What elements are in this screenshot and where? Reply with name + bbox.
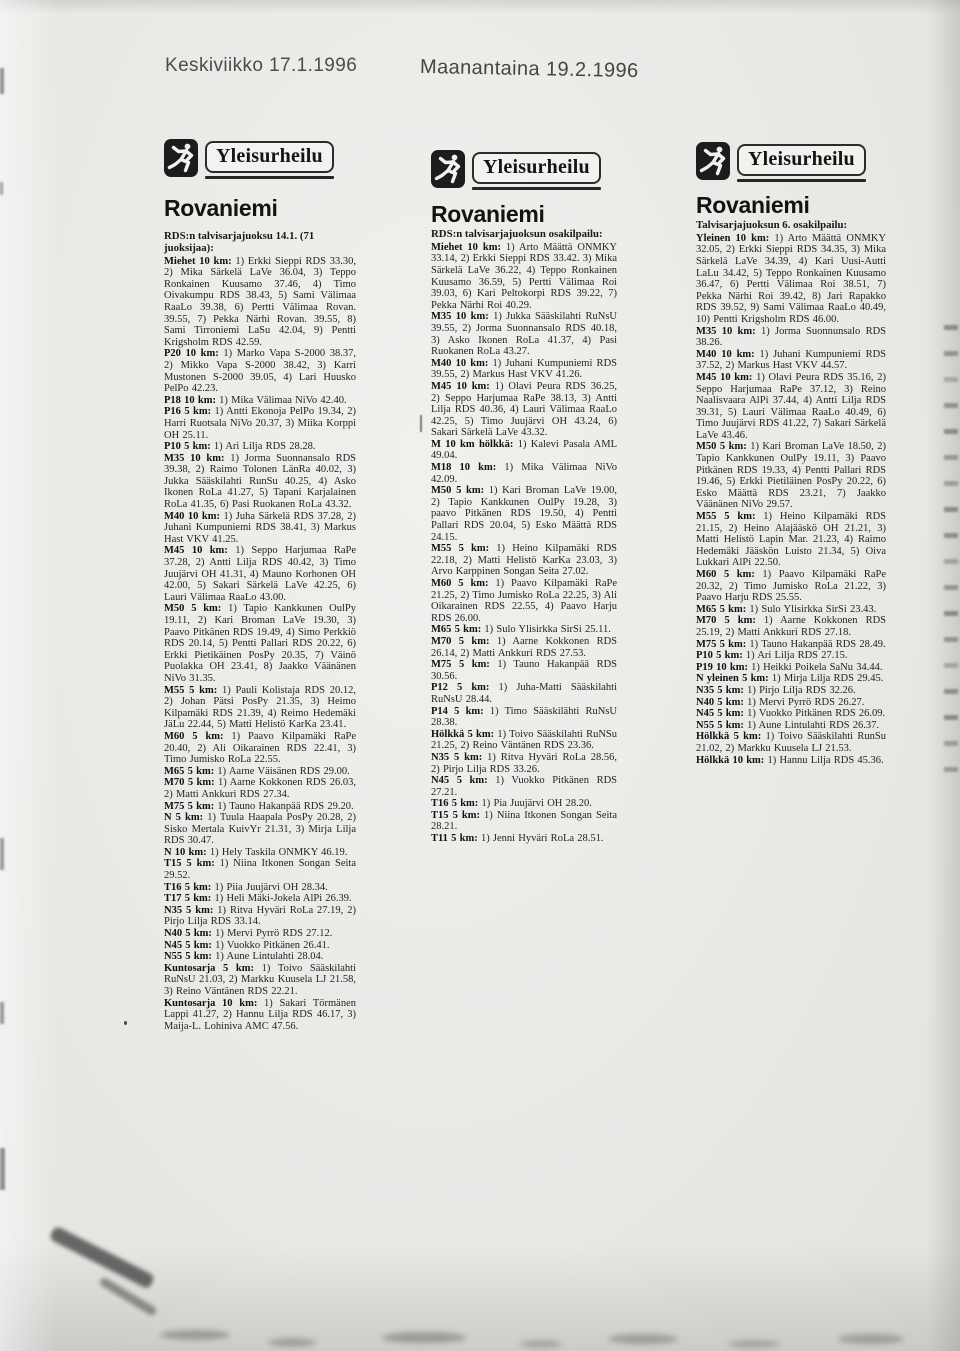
result-entry: Yleinen 10 km: 1) Arto Määttä ONMKY 32.0…	[696, 233, 886, 326]
result-entry: N45 5 km: 1) Vuokko Pitkänen 26.41.	[164, 940, 356, 952]
result-entry: N55 5 km: 1) Aune Lintulahti 28.04.	[164, 951, 356, 963]
result-category-label: T16 5 km:	[431, 798, 478, 809]
result-category-label: M50 5 km:	[696, 441, 747, 452]
result-entry: N 10 km: 1) Hely Taskila ONMKY 46.19.	[164, 847, 356, 859]
result-category-label: M35 10 km:	[164, 453, 225, 464]
result-category-label: P14 5 km:	[431, 706, 484, 717]
column-subtitle: RDS:n talvisarjajuoksu 14.1. (71 juoksij…	[164, 231, 356, 255]
result-category-label: N40 5 km:	[696, 697, 744, 708]
scan-artifact	[944, 637, 958, 642]
result-entry: Hölkkä 10 km: 1) Hannu Lilja RDS 45.36.	[696, 755, 886, 767]
result-entry: N55 5 km: 1) Aune Lintulahti RDS 26.37.	[696, 720, 886, 732]
scanned-newspaper-page: Keskiviikko 17.1.1996 Maanantaina 19.2.1…	[0, 0, 960, 1351]
result-category-label: M50 5 km:	[431, 485, 484, 496]
scan-artifact	[944, 611, 958, 616]
result-category-label: T15 5 km:	[431, 810, 480, 821]
result-category-label: P10 5 km:	[696, 650, 743, 661]
scan-artifact	[268, 1338, 316, 1347]
result-entry: T15 5 km: 1) Niina Itkonen Songan Seita …	[164, 858, 356, 881]
result-category-label: M45 10 km:	[431, 381, 490, 392]
result-entry: Miehet 10 km: 1) Arto Määttä ONMKY 33.14…	[431, 242, 617, 312]
result-entry: M45 10 km: 1) Olavi Peura RDS 35.16, 2) …	[696, 372, 886, 442]
result-entry: N45 5 km: 1) Vuokko Pitkänen RDS 27.21.	[431, 775, 617, 798]
result-entry: Hölkkä 5 km: 1) Toivo Sääskilahti RunSu …	[696, 731, 886, 754]
result-category-label: Miehet 10 km:	[431, 242, 501, 253]
result-category-label: N35 5 km:	[696, 685, 744, 696]
result-category-label: N 10 km:	[164, 847, 207, 858]
column-subtitle: RDS:n talvisarjajuoksun osakilpailu:	[431, 229, 617, 241]
result-category-label: M60 5 km:	[164, 731, 224, 742]
scan-artifact	[944, 533, 958, 538]
scan-artifact	[944, 481, 958, 486]
masthead-box: Yleisurheilu	[737, 144, 866, 182]
column-title: Rovaniemi	[164, 197, 356, 220]
section-label: Yleisurheilu	[472, 152, 601, 184]
result-entry: T16 5 km: 1) Piia Juujärvi OH 28.34.	[164, 882, 356, 894]
scan-artifact	[944, 429, 958, 434]
result-entry: N40 5 km: 1) Mervi Pyrrö RDS 26.27.	[696, 697, 886, 709]
result-entry: Miehet 10 km: 1) Erkki Sieppi RDS 33.30,…	[164, 256, 356, 349]
result-category-label: T15 5 km:	[164, 858, 215, 869]
result-category-label: N35 5 km:	[164, 905, 213, 916]
runner-icon	[696, 142, 730, 180]
result-entry: P12 5 km: 1) Juha-Matti Sääskilahti RuNs…	[431, 682, 617, 705]
result-category-label: M45 10 km:	[696, 372, 752, 383]
result-category-label: Kuntosarja 10 km:	[164, 998, 257, 1009]
result-category-label: T17 5 km:	[164, 893, 211, 904]
result-category-label: M60 5 km:	[431, 578, 489, 589]
results-list: Yleinen 10 km: 1) Arto Määttä ONMKY 32.0…	[696, 233, 886, 766]
result-entry: M40 10 km: 1) Juhani Kumpuniemi RDS 39.5…	[431, 358, 617, 381]
result-category-label: N45 5 km:	[696, 708, 744, 719]
runner-icon	[164, 139, 198, 177]
result-category-label: M55 5 km:	[696, 511, 755, 522]
results-column-2: Yleisurheilu Rovaniemi RDS:n talvisarjaj…	[431, 150, 617, 845]
result-category-label: M40 10 km:	[696, 349, 755, 360]
yleisurheilu-masthead: Yleisurheilu	[696, 142, 886, 186]
result-entry: M65 5 km: 1) Sulo Ylisirkka SirSi 25.11.	[431, 624, 617, 636]
result-entry: M60 5 km: 1) Paavo Kilpamäki RaPe 20.32,…	[696, 569, 886, 604]
result-category-label: Yleinen 10 km:	[696, 233, 769, 244]
result-entry: N35 5 km: 1) Ritva Hyväri RoLa 28.56, 2)…	[431, 752, 617, 775]
result-category-label: M75 5 km:	[431, 659, 490, 670]
result-entry: M35 10 km: 1) Jorma Suonnansalo RDS 39.3…	[164, 453, 356, 511]
result-entry: M60 5 km: 1) Paavo Kilpamäki RaPe 20.40,…	[164, 731, 356, 766]
scan-artifact	[382, 1332, 466, 1343]
scan-artifact	[838, 1334, 904, 1344]
result-entry: M75 5 km: 1) Tauno Hakanpää RDS 30.56.	[431, 659, 617, 682]
result-category-label: M35 10 km:	[696, 326, 756, 337]
date-header-right: Maanantaina 19.2.1996	[420, 56, 639, 83]
result-entry: M50 5 km: 1) Tapio Kankkunen OulPy 19.11…	[164, 603, 356, 684]
result-entry: M40 10 km: 1) Juha Särkelä RDS 37.28, 2)…	[164, 511, 356, 546]
results-column-3: Yleisurheilu Rovaniemi Talvisarjajuoksun…	[696, 142, 886, 766]
result-entry: M55 5 km: 1) Heino Kilpamäki RDS 21.15, …	[696, 511, 886, 569]
scan-artifact	[0, 1148, 5, 1190]
result-entry: N45 5 km: 1) Vuokko Pitkänen RDS 26.09.	[696, 708, 886, 720]
result-category-label: M18 10 km:	[431, 462, 496, 473]
scan-artifact	[944, 377, 958, 382]
result-entry: N35 5 km: 1) Pirjo Lilja RDS 32.26.	[696, 685, 886, 697]
result-entry: P10 5 km: 1) Ari Lilja RDS 27.15.	[696, 650, 886, 662]
result-category-label: M50 5 km:	[164, 603, 221, 614]
result-entry: M70 5 km: 1) Aarne Kokkonen RDS 26.03, 2…	[164, 777, 356, 800]
column-subtitle: Talvisarjajuoksun 6. osakilpailu:	[696, 220, 886, 232]
date-header-left: Keskiviikko 17.1.1996	[165, 55, 357, 77]
result-entry: M18 10 km: 1) Mika Välimaa NiVo 42.09.	[431, 462, 617, 485]
result-entry: M50 5 km: 1) Kari Broman LaVe 18.50, 2) …	[696, 441, 886, 511]
results-list: Miehet 10 km: 1) Arto Määttä ONMKY 33.14…	[431, 242, 617, 845]
scan-artifact	[0, 182, 3, 195]
result-entry: T11 5 km: 1) Jenni Hyväri RoLa 28.51.	[431, 833, 617, 845]
result-entry: M45 10 km: 1) Seppo Harjumaa RaPe 37.28,…	[164, 545, 356, 603]
result-category-label: N55 5 km:	[164, 951, 212, 962]
result-category-label: M75 5 km:	[696, 639, 746, 650]
result-entry: M55 5 km: 1) Pauli Kolistaja RDS 20.12, …	[164, 685, 356, 731]
result-entry: N40 5 km: 1) Mervi Pyrrö RDS 27.12.	[164, 928, 356, 940]
yleisurheilu-masthead: Yleisurheilu	[431, 150, 617, 194]
result-entry: P20 10 km: 1) Marko Vapa S-2000 38.37, 2…	[164, 348, 356, 394]
result-entry: T16 5 km: 1) Pia Juujärvi OH 28.20.	[431, 798, 617, 810]
result-category-label: M55 5 km:	[431, 543, 489, 554]
results-list: Miehet 10 km: 1) Erkki Sieppi RDS 33.30,…	[164, 256, 356, 1033]
result-category-label: M35 10 km:	[431, 311, 489, 322]
scan-artifact	[0, 68, 4, 94]
yleisurheilu-masthead: Yleisurheilu	[164, 139, 356, 183]
scan-artifact	[160, 1330, 230, 1340]
section-label: Yleisurheilu	[205, 141, 334, 173]
result-category-label: N 5 km:	[164, 812, 203, 823]
result-category-label: M70 5 km:	[431, 636, 490, 647]
result-entry: Kuntosarja 5 km: 1) Toivo Sääskilahti Ru…	[164, 963, 356, 998]
scan-artifact	[944, 585, 958, 590]
result-entry: M45 10 km: 1) Olavi Peura RDS 36.25, 2) …	[431, 381, 617, 439]
result-category-label: Kuntosarja 5 km:	[164, 963, 254, 974]
result-category-label: P19 10 km:	[696, 662, 748, 673]
scan-artifact	[944, 455, 958, 460]
result-category-label: M70 5 km:	[696, 615, 756, 626]
scan-artifact	[944, 507, 958, 512]
scan-artifact	[944, 325, 958, 330]
result-entry: M60 5 km: 1) Paavo Kilpamäki RaPe 21.25,…	[431, 578, 617, 624]
result-entry: M70 5 km: 1) Aarne Kokkonen RDS 26.14, 2…	[431, 636, 617, 659]
result-category-label: N45 5 km:	[431, 775, 488, 786]
scan-artifact	[0, 1002, 4, 1024]
result-category-label: P18 10 km:	[164, 395, 216, 406]
result-category-label: N35 5 km:	[431, 752, 482, 763]
result-entry: T17 5 km: 1) Heli Mäki-Jokela AlPi 26.39…	[164, 893, 356, 905]
result-category-label: T16 5 km:	[164, 882, 211, 893]
result-category-label: Hölkkä 5 km:	[431, 729, 494, 740]
scan-artifact	[944, 715, 958, 720]
result-category-label: P10 5 km:	[164, 441, 211, 452]
result-entry: M 10 km hölkkä: 1) Kalevi Pasala AML 49.…	[431, 439, 617, 462]
scan-artifact	[944, 403, 958, 408]
masthead-box: Yleisurheilu	[205, 141, 334, 179]
scan-artifact	[944, 351, 958, 356]
result-category-label: P12 5 km:	[431, 682, 489, 693]
result-category-label: M75 5 km:	[164, 801, 214, 812]
result-entry: P18 10 km: 1) Mika Välimaa NiVo 42.40.	[164, 395, 356, 407]
scan-artifact	[0, 838, 4, 870]
result-entry: N yleinen 5 km: 1) Mirja Lilja RDS 29.45…	[696, 673, 886, 685]
scan-artifact	[728, 1340, 780, 1348]
result-category-label: M55 5 km:	[164, 685, 217, 696]
scan-artifact	[944, 767, 958, 772]
result-entry: M35 10 km: 1) Jukka Sääskilahti RuNsU 39…	[431, 311, 617, 357]
result-entry: Kuntosarja 10 km: 1) Sakari Törmänen Lap…	[164, 998, 356, 1033]
scan-artifact	[608, 1334, 678, 1344]
result-entry: M50 5 km: 1) Kari Broman LaVe 19.00, 2) …	[431, 485, 617, 543]
result-entry: M35 10 km: 1) Jorma Suonnunsalo RDS 38.2…	[696, 326, 886, 349]
result-category-label: Hölkkä 10 km:	[696, 755, 764, 766]
result-category-label: M65 5 km:	[164, 766, 214, 777]
result-entry: M75 5 km: 1) Tauno Hakanpää RDS 29.20.	[164, 801, 356, 813]
result-entry: M75 5 km: 1) Tauno Hakanpää RDS 28.49.	[696, 639, 886, 651]
result-category-label: P16 5 km:	[164, 406, 211, 417]
result-category-label: Hölkkä 5 km:	[696, 731, 761, 742]
result-entry: M55 5 km: 1) Heino Kilpamäki RDS 22.18, …	[431, 543, 617, 578]
result-entry: M65 5 km: 1) Aarne Väisänen RDS 29.00.	[164, 766, 356, 778]
masthead-rule	[472, 187, 601, 190]
results-column-1: Yleisurheilu Rovaniemi RDS:n talvisarjaj…	[164, 139, 356, 1032]
result-category-label: N45 5 km:	[164, 940, 212, 951]
scan-artifact	[98, 1276, 157, 1317]
result-category-label: P20 10 km:	[164, 348, 219, 359]
result-category-label: M45 10 km:	[164, 545, 228, 556]
result-entry: P19 10 km: 1) Heikki Poikela SaNu 34.44.	[696, 662, 886, 674]
masthead-rule	[205, 176, 334, 179]
scan-artifact	[944, 663, 958, 668]
result-entry: N 5 km: 1) Tuula Haapala PosPy 20.28, 2)…	[164, 812, 356, 847]
result-entry: M70 5 km: 1) Aarne Kokkonen RDS 25.19, 2…	[696, 615, 886, 638]
result-entry: P10 5 km: 1) Ari Lilja RDS 28.28.	[164, 441, 356, 453]
runner-icon	[431, 150, 465, 188]
column-title: Rovaniemi	[431, 203, 617, 226]
result-entry: P16 5 km: 1) Antti Ekonoja PelPo 19.34, …	[164, 406, 356, 441]
result-entry: M40 10 km: 1) Juhani Kumpuniemi RDS 37.5…	[696, 349, 886, 372]
section-label: Yleisurheilu	[737, 144, 866, 176]
result-category-label: M40 10 km:	[431, 358, 488, 369]
column-title: Rovaniemi	[696, 194, 886, 217]
result-category-label: M 10 km hölkkä:	[431, 439, 513, 450]
masthead-box: Yleisurheilu	[472, 152, 601, 190]
result-category-label: M65 5 km:	[696, 604, 746, 615]
result-category-label: N yleinen 5 km:	[696, 673, 769, 684]
scan-artifact	[49, 1225, 156, 1289]
result-category-label: T11 5 km:	[431, 833, 478, 844]
scan-artifact	[944, 741, 958, 746]
result-category-label: M70 5 km:	[164, 777, 215, 788]
scan-artifact	[124, 1021, 127, 1025]
result-category-label: M65 5 km:	[431, 624, 481, 635]
scan-artifact	[420, 415, 422, 432]
result-category-label: N55 5 km:	[696, 720, 744, 731]
result-entry: Hölkkä 5 km: 1) Toivo Sääskilahti RuNSu …	[431, 729, 617, 752]
result-entry: P14 5 km: 1) Timo Sääskilähti RuNsU 28.3…	[431, 706, 617, 729]
result-entry: N35 5 km: 1) Ritva Hyväri RoLa 27.19, 2)…	[164, 905, 356, 928]
scan-artifact	[944, 689, 958, 694]
scan-artifact	[520, 1340, 562, 1348]
result-category-label: M60 5 km:	[696, 569, 755, 580]
result-category-label: N40 5 km:	[164, 928, 212, 939]
scan-artifact	[944, 559, 958, 564]
masthead-rule	[737, 179, 866, 182]
result-category-label: Miehet 10 km:	[164, 256, 232, 267]
result-entry: T15 5 km: 1) Niina Itkonen Songan Seita …	[431, 810, 617, 833]
result-category-label: M40 10 km:	[164, 511, 220, 522]
result-entry: M65 5 km: 1) Sulo Ylisirkka SirSi 23.43.	[696, 604, 886, 616]
